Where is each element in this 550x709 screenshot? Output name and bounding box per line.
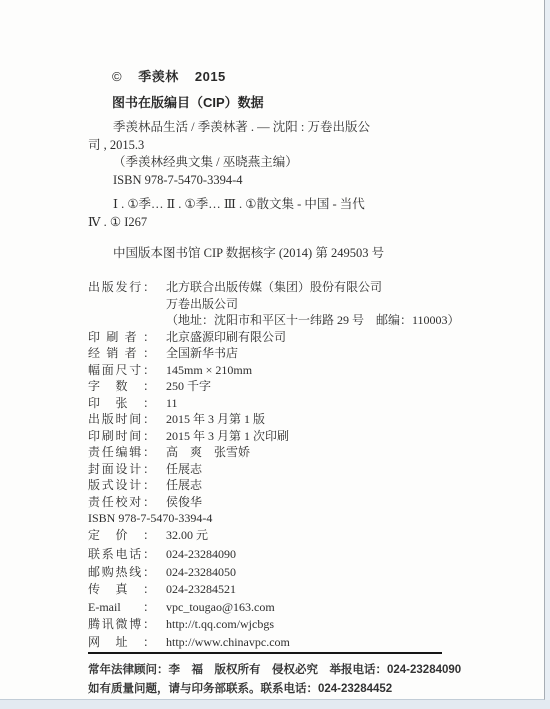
copyright-icon: © xyxy=(112,69,122,84)
copyright-author: 季羡林 xyxy=(138,69,179,84)
colophon-row-label: 印刷时间： xyxy=(88,428,155,445)
contact-row-label: E-mail： xyxy=(88,599,155,617)
contact-row-value: 024-23284090 xyxy=(166,547,236,561)
colophon-row: 经销者：全国新华书店 xyxy=(88,345,460,362)
colophon-row-value: 32.00 元 xyxy=(166,528,208,542)
colophon-row: 封面设计：任展志 xyxy=(88,461,460,478)
contact-row-label: 腾讯微博： xyxy=(88,616,155,634)
colophon-row-label: 字数： xyxy=(88,378,155,395)
contact-row-value: vpc_tougao@163.com xyxy=(166,600,275,614)
contact-row-label: 联系电话： xyxy=(88,546,155,564)
legal-footer: 常年法律顾问：李 福 版权所有 侵权必究 举报电话：024-23284090 如… xyxy=(88,661,518,698)
cip-classification-line: Ⅳ . ① I267 xyxy=(88,214,508,232)
contact-row: 邮购热线：024-23284050 xyxy=(88,564,290,582)
contact-row-label: 网址： xyxy=(88,634,155,652)
colophon-row-value: 万卷出版公司 xyxy=(166,297,238,311)
cip-record-block: 季羡林品生活 / 季羡林著 . — 沈阳 : 万卷出版公 司 , 2015.3 … xyxy=(88,119,508,189)
cip-classification-line: Ⅰ . ①季… Ⅱ . ①季… Ⅲ . ①散文集 - 中国 - 当代 xyxy=(88,196,508,214)
colophon-row: 出版时间：2015 年 3 月第 1 版 xyxy=(88,411,460,428)
colophon-row-label: 定价： xyxy=(88,527,155,544)
colophon-row: 责任校对：侯俊华 xyxy=(88,494,460,511)
contact-row: E-mail：vpc_tougao@163.com xyxy=(88,599,290,617)
contact-row: 网址：http://www.chinavpc.com xyxy=(88,634,290,652)
colophon-row: （地址：沈阳市和平区十一纬路 29 号 邮编：110003） xyxy=(88,312,460,329)
contact-row-value: http://www.chinavpc.com xyxy=(166,635,290,649)
colophon-row: 字数：250 千字 xyxy=(88,378,460,395)
contact-row-value: 024-23284050 xyxy=(166,565,236,579)
colophon-row-value: （地址：沈阳市和平区十一纬路 29 号 邮编：110003） xyxy=(166,313,460,327)
colophon-row-label: 责任编辑： xyxy=(88,444,155,461)
colophon-row-label: 印张： xyxy=(88,395,155,412)
colophon-row: 印张：11 xyxy=(88,395,460,412)
colophon-row-value: 250 千字 xyxy=(166,379,211,393)
contact-row-label: 传真： xyxy=(88,581,155,599)
divider-rule xyxy=(88,652,442,654)
colophon-row: 印刷者：北京盛源印刷有限公司 xyxy=(88,329,460,346)
colophon-row-value: 高 爽 张雪娇 xyxy=(166,445,250,459)
legal-footer-line: 如有质量问题，请与印务部联系。联系电话：024-23284452 xyxy=(88,680,518,699)
cip-series-line: （季羡林经典文集 / 巫晓燕主编） xyxy=(88,154,508,172)
colophon-row-value: 北京盛源印刷有限公司 xyxy=(166,330,286,344)
colophon-row-label: 封面设计： xyxy=(88,461,155,478)
colophon-isbn-line: ISBN 978-7-5470-3394-4 xyxy=(88,510,460,527)
colophon-row: 印刷时间：2015 年 3 月第 1 次印刷 xyxy=(88,428,460,445)
colophon-block: 出版发行：北方联合出版传媒（集团）股份有限公司 万卷出版公司 （地址：沈阳市和平… xyxy=(88,279,460,543)
contact-row: 腾讯微博：http://t.qq.com/wjcbgs xyxy=(88,616,290,634)
colophon-row-value: 145mm × 210mm xyxy=(166,363,252,377)
copyright-year: 2015 xyxy=(195,69,226,84)
colophon-row-value: 全国新华书店 xyxy=(166,346,238,360)
book-copyright-page: © 季羡林 2015 图书在版编目（CIP）数据 季羡林品生活 / 季羡林著 .… xyxy=(0,0,545,700)
contact-row: 传真：024-23284521 xyxy=(88,581,290,599)
colophon-row-value: 2015 年 3 月第 1 版 xyxy=(166,412,265,426)
contact-row-label: 邮购热线： xyxy=(88,564,155,582)
colophon-row: 幅面尺寸：145mm × 210mm xyxy=(88,362,460,379)
colophon-row-label: 印刷者： xyxy=(88,329,155,346)
colophon-row-value: 任展志 xyxy=(166,462,202,476)
colophon-row: 责任编辑：高 爽 张雪娇 xyxy=(88,444,460,461)
colophon-row-value: 任展志 xyxy=(166,478,202,492)
colophon-row-label: 出版发行： xyxy=(88,279,155,296)
colophon-row: 万卷出版公司 xyxy=(88,296,460,313)
cip-heading: 图书在版编目（CIP）数据 xyxy=(112,92,264,111)
colophon-row-label: 幅面尺寸： xyxy=(88,362,155,379)
cip-classification-block: Ⅰ . ①季… Ⅱ . ①季… Ⅲ . ①散文集 - 中国 - 当代 Ⅳ . ①… xyxy=(88,196,508,231)
colophon-row-label: 版式设计： xyxy=(88,477,155,494)
colophon-row-label: 经销者： xyxy=(88,345,155,362)
contact-row-value: http://t.qq.com/wjcbgs xyxy=(166,617,274,631)
colophon-row-value: 11 xyxy=(166,396,178,410)
colophon-row-value: 2015 年 3 月第 1 次印刷 xyxy=(166,429,289,443)
colophon-row-value: 北方联合出版传媒（集团）股份有限公司 xyxy=(166,280,382,294)
colophon-row-label: 出版时间： xyxy=(88,411,155,428)
copyright-line: © 季羡林 2015 xyxy=(112,66,226,85)
cip-record-line: 季羡林品生活 / 季羡林著 . — 沈阳 : 万卷出版公 xyxy=(88,119,508,137)
colophon-row: 版式设计：任展志 xyxy=(88,477,460,494)
cip-isbn-line: ISBN 978-7-5470-3394-4 xyxy=(88,172,508,190)
cip-record-line: 司 , 2015.3 xyxy=(88,137,508,155)
colophon-row-label: 责任校对： xyxy=(88,494,155,511)
colophon-row-value: 侯俊华 xyxy=(166,495,202,509)
page-bottom-edge xyxy=(0,700,550,709)
contact-row: 联系电话：024-23284090 xyxy=(88,546,290,564)
legal-footer-line: 常年法律顾问：李 福 版权所有 侵权必究 举报电话：024-23284090 xyxy=(88,661,518,680)
contacts-block: 联系电话：024-23284090 邮购热线：024-23284050 传真：0… xyxy=(88,546,290,651)
contact-row-value: 024-23284521 xyxy=(166,582,236,596)
cip-registration-line: 中国版本图书馆 CIP 数据核字 (2014) 第 249503 号 xyxy=(113,243,384,261)
colophon-row: 出版发行：北方联合出版传媒（集团）股份有限公司 xyxy=(88,279,460,296)
colophon-price-row: 定价：32.00 元 xyxy=(88,527,460,544)
